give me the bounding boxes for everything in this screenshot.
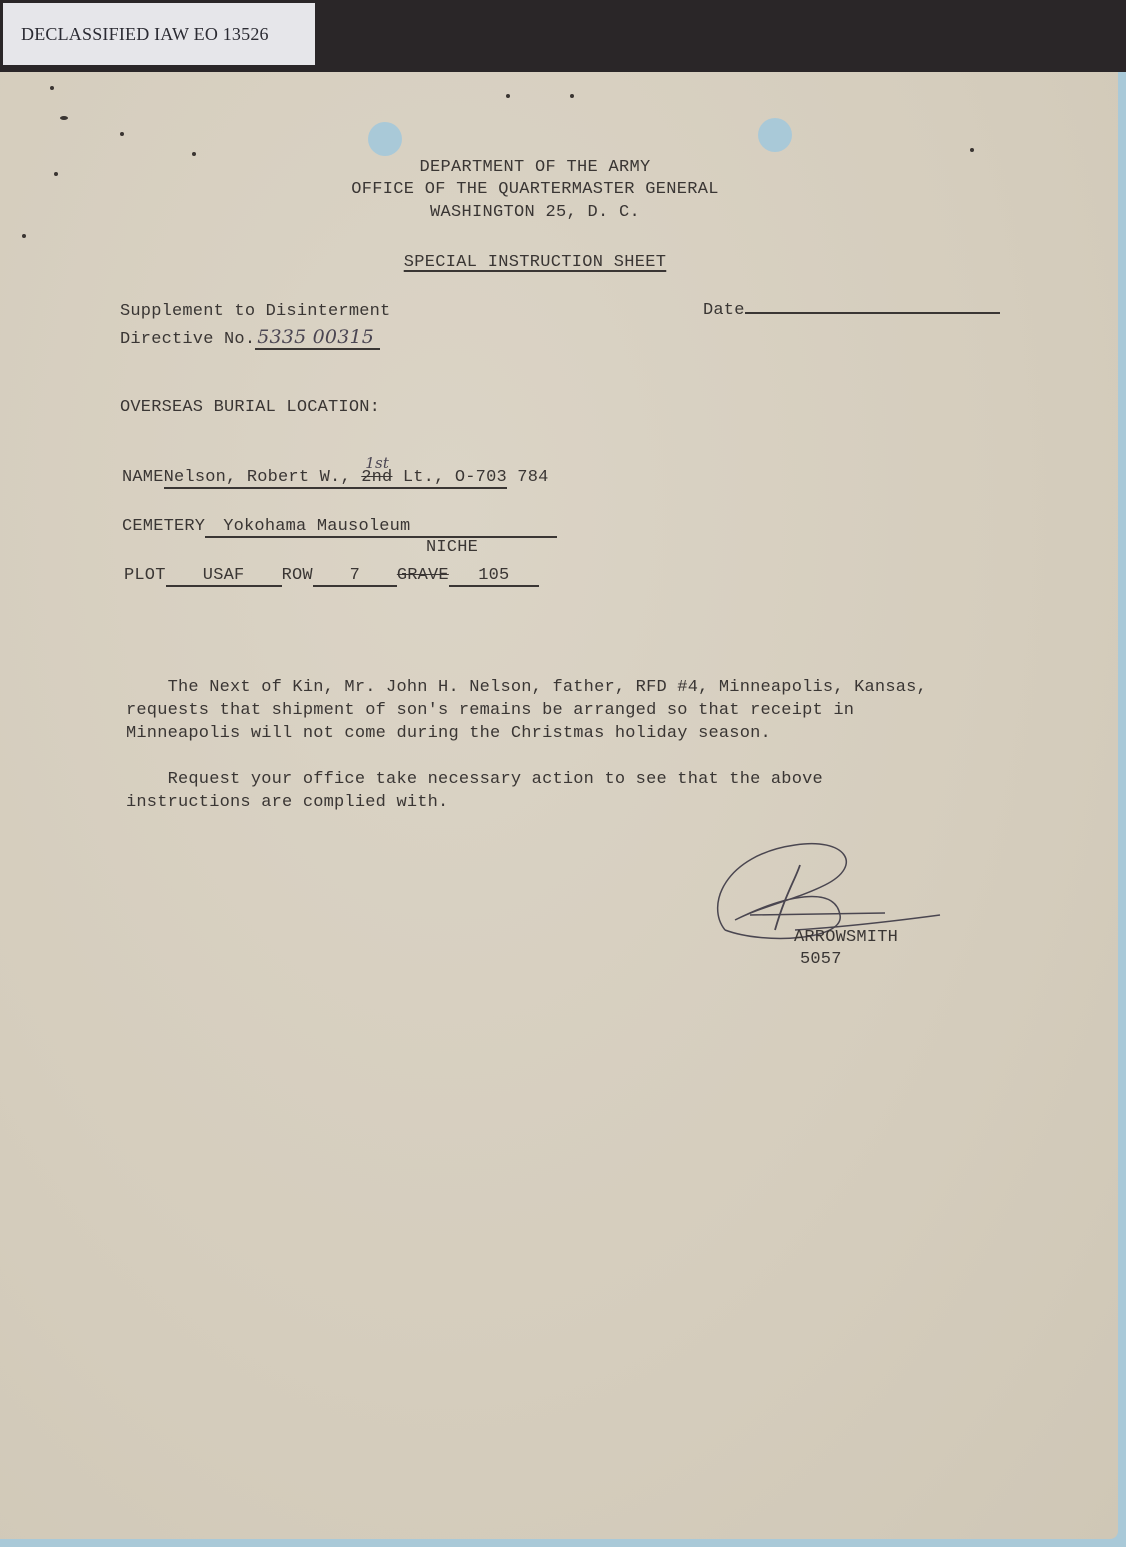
instruction-paragraph: The Next of Kin, Mr. John H. Nelson, fat… xyxy=(126,676,927,745)
plot-label: PLOT xyxy=(124,566,166,585)
paper-speck xyxy=(970,148,974,152)
cemetery-value: Yokohama Mausoleum xyxy=(205,517,557,538)
punch-hole xyxy=(758,118,792,152)
plot-row: PLOTUSAFROW7GRAVE105 xyxy=(124,566,539,587)
cemetery-row: CEMETERYYokohama Mausoleum xyxy=(122,517,557,538)
header-office: OFFICE OF THE QUARTERMASTER GENERAL xyxy=(0,180,1070,199)
name-label: NAME xyxy=(122,468,164,487)
name-value: Nelson, Robert W., 2nd1st Lt., O-703 xyxy=(164,468,507,489)
grave-value: 105 xyxy=(449,566,539,587)
niche-label: NICHE xyxy=(426,538,478,557)
paper-speck xyxy=(22,234,26,238)
header-address: WASHINGTON 25, D. C. xyxy=(0,203,1070,222)
name-row: NAMENelson, Robert W., 2nd1st Lt., O-703… xyxy=(122,468,549,489)
grave-label-struck: GRAVE xyxy=(397,566,449,585)
signer-code: 5057 xyxy=(800,950,842,969)
date-blank xyxy=(745,296,1000,314)
paper-speck xyxy=(60,116,68,120)
serial-suffix: 784 xyxy=(517,468,548,487)
paper-speck xyxy=(570,94,574,98)
document-page: DEPARTMENT OF THE ARMY OFFICE OF THE QUA… xyxy=(0,72,1118,1539)
declassified-stamp: DECLASSIFIED IAW EO 13526 xyxy=(3,3,315,65)
sheet-title-text: SPECIAL INSTRUCTION SHEET xyxy=(404,253,667,272)
rank: 2nd1st xyxy=(361,468,392,487)
directive-label: Directive No. xyxy=(120,330,255,349)
paper-speck xyxy=(506,94,510,98)
paper-speck xyxy=(120,132,124,136)
plot-value: USAF xyxy=(166,566,282,587)
row-label: ROW xyxy=(282,566,313,585)
name-text: Nelson, Robert W., xyxy=(164,468,362,487)
punch-hole xyxy=(368,122,402,156)
paper-speck xyxy=(50,86,54,90)
date-field: Date xyxy=(703,296,1000,320)
cemetery-label: CEMETERY xyxy=(122,517,205,536)
request-paragraph: Request your office take necessary actio… xyxy=(126,768,823,814)
date-label: Date xyxy=(703,301,745,320)
supplement-line: Supplement to Disinterment xyxy=(120,302,390,321)
row-value: 7 xyxy=(313,566,397,587)
burial-section-label: OVERSEAS BURIAL LOCATION: xyxy=(120,398,380,417)
rank-handwritten: 1st xyxy=(365,454,389,472)
signer-name: ARROWSMITH xyxy=(794,928,898,947)
header-department: DEPARTMENT OF THE ARMY xyxy=(0,158,1070,177)
paper-speck xyxy=(192,152,196,156)
directive-number: 5335 00315 xyxy=(255,326,380,350)
name-text-post: Lt., O-703 xyxy=(392,468,506,487)
sheet-title: SPECIAL INSTRUCTION SHEET xyxy=(0,253,1070,272)
directive-line: Directive No.5335 00315 xyxy=(120,326,380,350)
